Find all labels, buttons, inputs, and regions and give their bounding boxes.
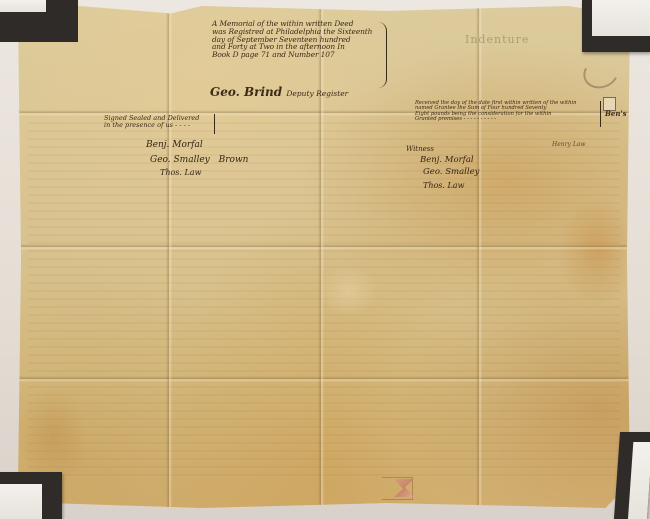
registrar-signature: Geo. Brind Deputy Register: [210, 86, 348, 99]
signed-line: in the presence of us - - - -: [104, 122, 199, 129]
frame-corner-insert: [628, 442, 650, 519]
frame-corner-insert: [0, 484, 42, 519]
brace-mark: [597, 101, 601, 127]
witness-label: Witness: [406, 146, 434, 153]
receipt-line: Granted premises - - - - - - - - - -: [415, 117, 615, 122]
faded-body-text: [28, 116, 620, 478]
frame-corner-bottom-right: [614, 432, 650, 519]
memorial-line: Book D page 71 and Number 107: [212, 51, 382, 59]
extra-signature: Brown: [219, 155, 249, 165]
witness-signature: Thos. Law: [423, 181, 464, 190]
receipt-text: Received the day of the date first withi…: [415, 101, 615, 123]
witness-signature: Benj. Morfal: [420, 155, 474, 165]
faded-header-text: Indenture: [465, 33, 529, 46]
witness-signature: Geo. Smalley Brown: [150, 155, 248, 165]
parchment-deed: [18, 6, 630, 508]
brace-mark: [378, 22, 387, 88]
frame-corner-top-left: [0, 0, 78, 42]
margin-note: Ben's: [605, 110, 627, 117]
frame-corner-bottom-left: [0, 472, 62, 519]
witness-signature: Geo. Smalley: [423, 167, 479, 177]
witness-signature-name: Geo. Smalley: [150, 155, 210, 165]
frame-corner-insert: [592, 0, 650, 36]
witness-signature: Thos. Law: [160, 168, 201, 177]
memorial-registration-text: A Memorial of the within written Deed wa…: [212, 20, 382, 59]
witness-signature: Benj. Morfal: [146, 140, 203, 150]
registrar-title: Deputy Register: [286, 89, 348, 98]
brace-mark: [211, 114, 215, 134]
registrar-name: Geo. Brind: [210, 85, 282, 99]
frame-corner-insert: [0, 0, 46, 12]
grantor-signature: Henry Law: [552, 141, 586, 148]
signed-sealed-delivered-text: Signed Sealed and Delivered in the prese…: [104, 115, 199, 129]
frame-corner-top-right: [582, 0, 650, 52]
